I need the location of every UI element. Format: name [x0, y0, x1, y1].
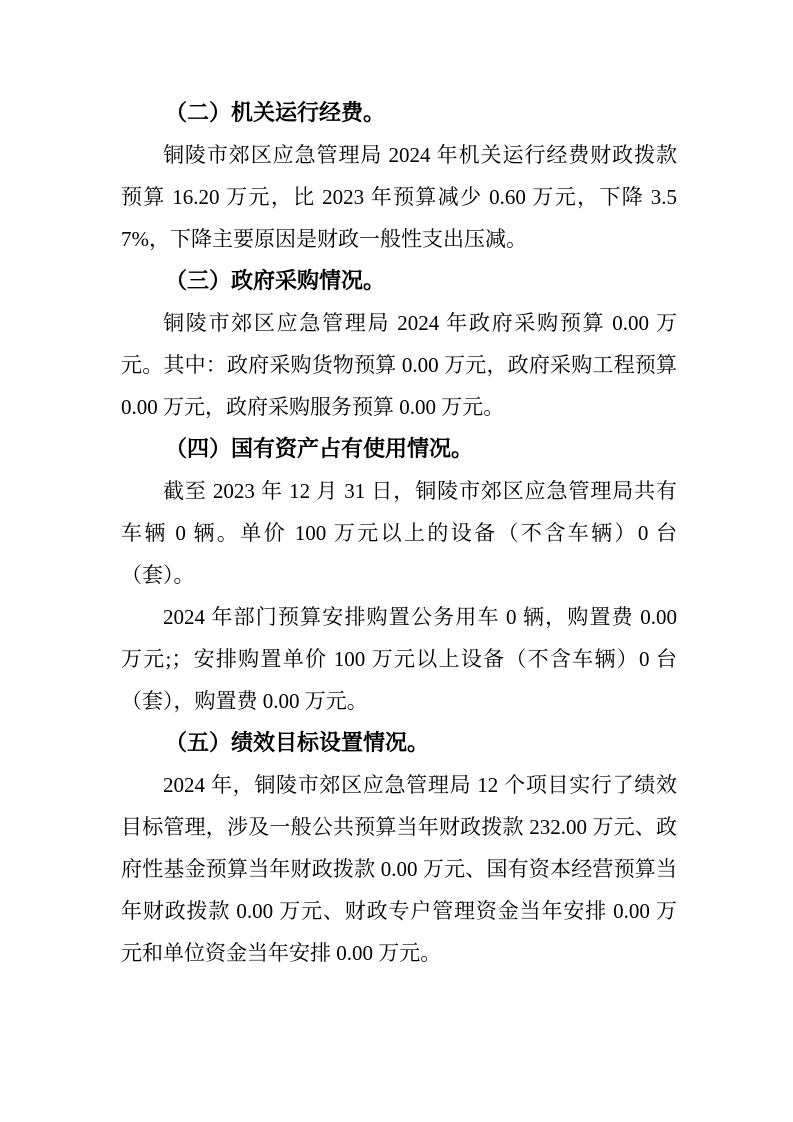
section-heading-agency-operating-costs: （二）机关运行经费。: [121, 92, 677, 134]
document-content: （二）机关运行经费。 铜陵市郊区应急管理局 2024 年机关运行经费财政拨款预算…: [121, 92, 677, 974]
paragraph-agency-operating-costs: 铜陵市郊区应急管理局 2024 年机关运行经费财政拨款预算 16.20 万元，比…: [121, 134, 677, 260]
paragraph-government-procurement: 铜陵市郊区应急管理局 2024 年政府采购预算 0.00 万元。其中：政府采购货…: [121, 302, 677, 428]
section-heading-state-owned-assets: （四）国有资产占有使用情况。: [121, 428, 677, 470]
paragraph-performance-targets: 2024 年，铜陵市郊区应急管理局 12 个项目实行了绩效目标管理，涉及一般公共…: [121, 764, 677, 974]
section-heading-government-procurement: （三）政府采购情况。: [121, 260, 677, 302]
section-heading-performance-targets: （五）绩效目标设置情况。: [121, 722, 677, 764]
document-page: （二）机关运行经费。 铜陵市郊区应急管理局 2024 年机关运行经费财政拨款预算…: [0, 0, 793, 1122]
paragraph-state-owned-assets-purchases: 2024 年部门预算安排购置公务用车 0 辆，购置费 0.00 万元;；安排购置…: [121, 596, 677, 722]
paragraph-state-owned-assets-holdings: 截至 2023 年 12 月 31 日，铜陵市郊区应急管理局共有车辆 0 辆。单…: [121, 470, 677, 596]
